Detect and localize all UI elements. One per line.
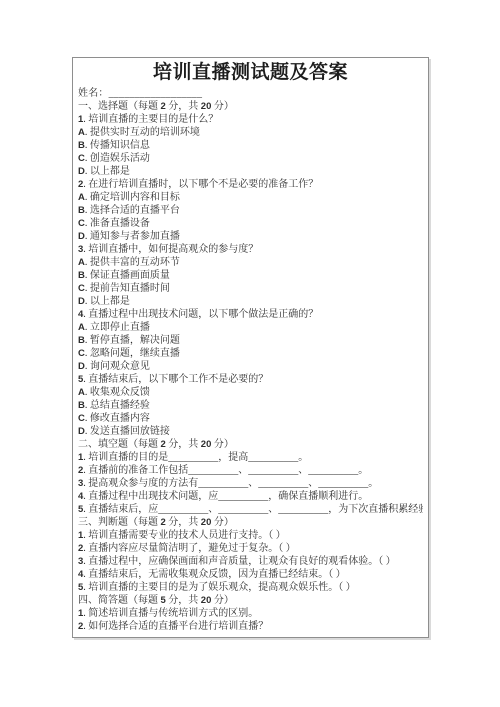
question-line: 2. 直播前的准备工作包括__________、__________、_____…	[78, 464, 423, 477]
section-header: 四、简答题（每题 5 分，共 20 分）	[78, 594, 423, 607]
test-paper: 培训直播测试题及答案 姓名：__________________一、选择题（每题…	[72, 57, 429, 638]
question-line: 3. 提高观众参与度的方法有__________、__________、____…	[78, 477, 423, 490]
question-line: 5. 培训直播的主要目的是为了娱乐观众，提高观众娱乐性。（ ）	[78, 581, 423, 594]
question-line: 1. 培训直播需要专业的技术人员进行支持。（ ）	[78, 529, 423, 542]
document-body: 姓名：__________________一、选择题（每题 2 分，共 20 分…	[78, 87, 423, 633]
question-line: 3. 直播过程中，应确保画面和声音质量，让观众有良好的观看体验。（ ）	[78, 555, 423, 568]
question-line: 5. 直播结束后，应__________、__________、________…	[78, 503, 423, 516]
option-line: A. 收集观众反馈	[78, 386, 423, 399]
option-line: A. 提供实时互动的培训环境	[78, 126, 423, 139]
question-line: 4. 直播过程中出现技术问题，以下哪个做法是正确的？	[78, 308, 423, 321]
question-line: 2. 在进行培训直播时，以下哪个不是必要的准备工作？	[78, 178, 423, 191]
option-line: A. 立即停止直播	[78, 321, 423, 334]
option-line: C. 创造娱乐活动	[78, 152, 423, 165]
option-line: A. 提供丰富的互动环节	[78, 256, 423, 269]
question-line: 1. 培训直播的主要目的是什么？	[78, 113, 423, 126]
section-header: 一、选择题（每题 2 分，共 20 分）	[78, 100, 423, 113]
question-line: 3. 培训直播中，如何提高观众的参与度？	[78, 243, 423, 256]
section-header: 三、判断题（每题 2 分，共 20 分）	[78, 516, 423, 529]
section-header: 二、填空题（每题 2 分，共 20 分）	[78, 438, 423, 451]
option-line: B. 暂停直播，解决问题	[78, 334, 423, 347]
option-line: B. 总结直播经验	[78, 399, 423, 412]
document-title: 培训直播测试题及答案	[78, 60, 423, 85]
option-line: A. 确定培训内容和目标	[78, 191, 423, 204]
option-line: C. 忽略问题，继续直播	[78, 347, 423, 360]
question-line: 2. 如何选择合适的直播平台进行培训直播？	[78, 620, 423, 633]
question-line: 2. 直播内容应尽量简洁明了，避免过于复杂。（ ）	[78, 542, 423, 555]
option-line: D. 以上都是	[78, 165, 423, 178]
option-line: B. 传播知识信息	[78, 139, 423, 152]
option-line: C. 修改直播内容	[78, 412, 423, 425]
question-line: 4. 直播过程中出现技术问题，应__________，确保直播顺利进行。	[78, 490, 423, 503]
question-line: 1. 培训直播的目的是__________，提高__________。	[78, 451, 423, 464]
option-line: D. 询问观众意见	[78, 360, 423, 373]
option-line: D. 通知参与者参加直播	[78, 230, 423, 243]
option-line: D. 发送直播回放链接	[78, 425, 423, 438]
option-line: B. 选择合适的直播平台	[78, 204, 423, 217]
option-line: C. 提前告知直播时间	[78, 282, 423, 295]
question-line: 5. 直播结束后，以下哪个工作不是必要的？	[78, 373, 423, 386]
name-field-line: 姓名：__________________	[78, 87, 423, 100]
question-line: 1. 简述培训直播与传统培训方式的区别。	[78, 607, 423, 620]
option-line: B. 保证直播画面质量	[78, 269, 423, 282]
option-line: D. 以上都是	[78, 295, 423, 308]
option-line: C. 准备直播设备	[78, 217, 423, 230]
page-background: 培训直播测试题及答案 姓名：__________________一、选择题（每题…	[0, 0, 500, 707]
question-line: 4. 直播结束后，无需收集观众反馈，因为直播已经结束。（ ）	[78, 568, 423, 581]
